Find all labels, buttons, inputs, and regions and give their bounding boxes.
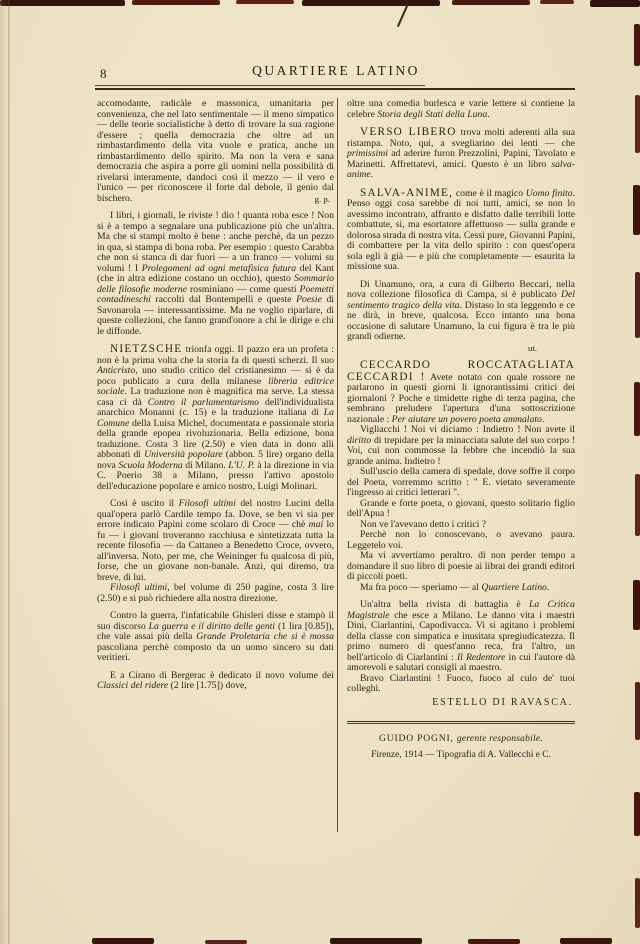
- text-segment: Sull'uscio della camera di spedale, dove…: [347, 466, 575, 498]
- edge-mark: [635, 95, 640, 153]
- paragraph: oltre una comedia burlesca e varie lette…: [347, 99, 575, 120]
- imprint-line: Firenze, 1914 — Tipografia di A. Vallecc…: [347, 750, 575, 761]
- paragraph: accomodante, radicàle e massonica, umani…: [97, 99, 334, 204]
- edge-mark: [634, 792, 640, 836]
- text-segment: .: [487, 109, 489, 120]
- footer-rule: [347, 721, 575, 722]
- edge-mark: [633, 185, 640, 235]
- manager-name: GUIDO POGNI,: [379, 733, 457, 744]
- paragraph: Vigliacchi ! Noi vi diciamo : Indietro !…: [347, 425, 575, 467]
- text-segment: Università popolare: [144, 449, 223, 460]
- paragraph: E a Cirano di Bergerac è dedicato il nov…: [97, 671, 334, 692]
- text-segment: Filosofi ultimi: [110, 582, 167, 593]
- edge-mark: [635, 682, 640, 740]
- edge-mark: [302, 0, 440, 6]
- footer: GUIDO POGNI, gerente responsabile.Firenz…: [347, 721, 575, 760]
- text-segment: Un'altra bella rivista di battaglia è: [360, 599, 529, 610]
- text-segment: mai: [309, 519, 324, 530]
- section-opener: VERSO LIBERO: [360, 126, 457, 138]
- edge-mark: [635, 474, 640, 536]
- header-rule-thin: [95, 85, 425, 86]
- text-segment: Classici del ridere: [97, 680, 168, 691]
- paragraph: Contro la guerra, l'infaticabile Ghisler…: [97, 611, 334, 664]
- signature: ut.: [347, 343, 575, 354]
- text-segment: Uomo finito: [526, 188, 573, 199]
- text-segment: .: [547, 582, 549, 593]
- text-segment: Filosofi ultimi: [179, 498, 236, 509]
- text-segment: di trepidare per la minacciata salute de…: [347, 435, 575, 467]
- section-opener: NIETZSCHE: [110, 343, 182, 355]
- signature: ESTELLO DI RAVASCA.: [347, 698, 575, 709]
- text-segment: Il Redentore: [457, 652, 505, 663]
- text-segment: Bravo Ciarlantini ! Fuoco, fuoco al culo…: [347, 673, 575, 695]
- text-segment: lo fu — i giovani troveranno racchiusa e…: [97, 519, 334, 583]
- edge-mark: [452, 0, 530, 5]
- paragraph: Filosofi ultimi, bel volume di 250 pagin…: [97, 583, 334, 604]
- edge-mark: [540, 0, 574, 4]
- paragraph: Sull'uscio della camera di spedale, dove…: [347, 467, 575, 499]
- text-segment: Contro il parlamentarismo: [148, 397, 259, 408]
- text-segment: (2 lire [1.75]) dove,: [168, 680, 247, 691]
- edge-mark: [634, 24, 640, 66]
- text-segment: Grande e forte poeta, o giovani, questo …: [347, 498, 575, 520]
- text-segment: rosminiano — come questi: [187, 284, 300, 295]
- text-segment: Prolegomeni ad ogni metafisica futura: [142, 263, 296, 274]
- text-segment: Così è uscito il: [110, 498, 179, 509]
- edge-mark: [468, 939, 520, 944]
- edge-mark: [330, 938, 422, 944]
- page-edge-shade: [0, 0, 8, 944]
- paragraph: SALVA-ANIME, come è il magico Uomo finit…: [347, 188, 575, 273]
- paragraph: Così è uscito il Filosofi ultimi del nos…: [97, 499, 334, 583]
- text-segment: di Milano.: [183, 460, 228, 471]
- text-segment: Ma vi avvertiamo peraltro. di non perder…: [347, 550, 575, 582]
- paragraph: NIETZSCHE trionfa oggi. Il pazzo era un …: [97, 344, 334, 492]
- paragraph: Ma vi avvertiamo peraltro. di non perder…: [347, 551, 575, 583]
- text-segment: Per aiutare un povero poeta ammalato: [392, 414, 542, 425]
- right-column: oltre una comedia burlesca e varie lette…: [347, 99, 575, 760]
- text-segment: Grande Proletaria che si è mossa: [196, 631, 334, 642]
- paragraph: VERSO LIBERO trova molti aderenti alla s…: [347, 127, 575, 181]
- text-segment: pascoliana perchè composto da un uomo si…: [97, 642, 334, 664]
- edge-mark: [634, 382, 640, 436]
- text-columns: accomodante, radicàle e massonica, umani…: [97, 99, 575, 760]
- paragraph: Bravo Ciarlantini ! Fuoco, fuoco al culo…: [347, 674, 575, 695]
- page-fold-line: [8, 0, 10, 944]
- manager-role: gerente responsabile.: [457, 733, 543, 744]
- text-segment: primissimi: [347, 148, 388, 159]
- text-segment: .: [371, 169, 373, 180]
- text-segment: come è il magico: [453, 188, 526, 199]
- edge-mark: [397, 3, 409, 28]
- edge-mark: [560, 938, 612, 944]
- edge-mark: [236, 0, 294, 4]
- section-opener: SALVA-ANIME,: [360, 187, 453, 199]
- edge-mark: [92, 938, 154, 944]
- text-segment: raccolti dal Bontempelli e queste: [151, 294, 296, 305]
- paragraph: Un'altra bella rivista di battaglia è La…: [347, 600, 575, 674]
- paragraph: I libri, i giornali, le riviste ! dio ! …: [97, 211, 334, 337]
- text-segment: Di Unamuno, ora, a cura di Gilberto Becc…: [347, 279, 575, 301]
- paragraph: Perchè non lo conoscevano, o avevano pau…: [347, 530, 575, 551]
- edge-mark: [633, 580, 640, 630]
- text-segment: Non ve l'avevano detto i critici ?: [360, 519, 486, 530]
- text-segment: E a Cirano di Bergerac è dedicato il nov…: [110, 670, 334, 681]
- text-segment: . Penso oggi cosa sarebbe di noi tutti, …: [347, 188, 575, 273]
- text-segment: Anticristo: [97, 365, 135, 376]
- footer-manager-line: GUIDO POGNI, gerente responsabile.: [347, 734, 575, 745]
- text-segment: La guerra e il diritto delle genti: [149, 621, 275, 632]
- text-segment: Perchè non lo conoscevano, o avevano pau…: [347, 529, 575, 551]
- paragraph: Di Unamuno, ora, a cura di Gilberto Becc…: [347, 280, 575, 343]
- header-rule-thick: [95, 88, 575, 90]
- text-segment: Storia degli Stati della Luna: [377, 109, 487, 120]
- text-segment: .: [542, 414, 544, 425]
- text-segment: diritto: [347, 435, 371, 446]
- text-segment: Poesie: [296, 294, 322, 305]
- text-segment: L'U. P.: [228, 460, 254, 471]
- text-segment: Scuola Moderna: [118, 460, 182, 471]
- text-segment: Ma fra poco — speriamo — al: [360, 582, 481, 593]
- page-title: QUARTIERE LATINO: [97, 63, 575, 79]
- text-segment: Quartiere Latino: [481, 582, 547, 593]
- paragraph: CECCARDO ROCCATAGLIATA CECCARDI ! Avete …: [347, 360, 575, 425]
- paragraph: Ma fra poco — speriamo — al Quartiere La…: [347, 583, 575, 594]
- edge-mark: [205, 940, 247, 944]
- paragraph: Grande e forte poeta, o giovani, questo …: [347, 499, 575, 520]
- text-segment: accomodante, radicàle e massonica, umani…: [97, 98, 334, 204]
- edge-mark: [635, 272, 640, 338]
- edge-mark: [0, 0, 125, 6]
- magazine-page: 8 QUARTIERE LATINO accomodante, radicàle…: [0, 0, 640, 944]
- text-segment: Vigliacchi ! Noi vi diciamo : Indietro !…: [360, 424, 575, 435]
- edge-mark: [590, 0, 640, 7]
- edge-mark: [132, 0, 220, 5]
- left-column: accomodante, radicàle e massonica, umani…: [97, 99, 334, 760]
- signature: g. p.: [97, 194, 334, 205]
- edge-mark: [635, 878, 640, 928]
